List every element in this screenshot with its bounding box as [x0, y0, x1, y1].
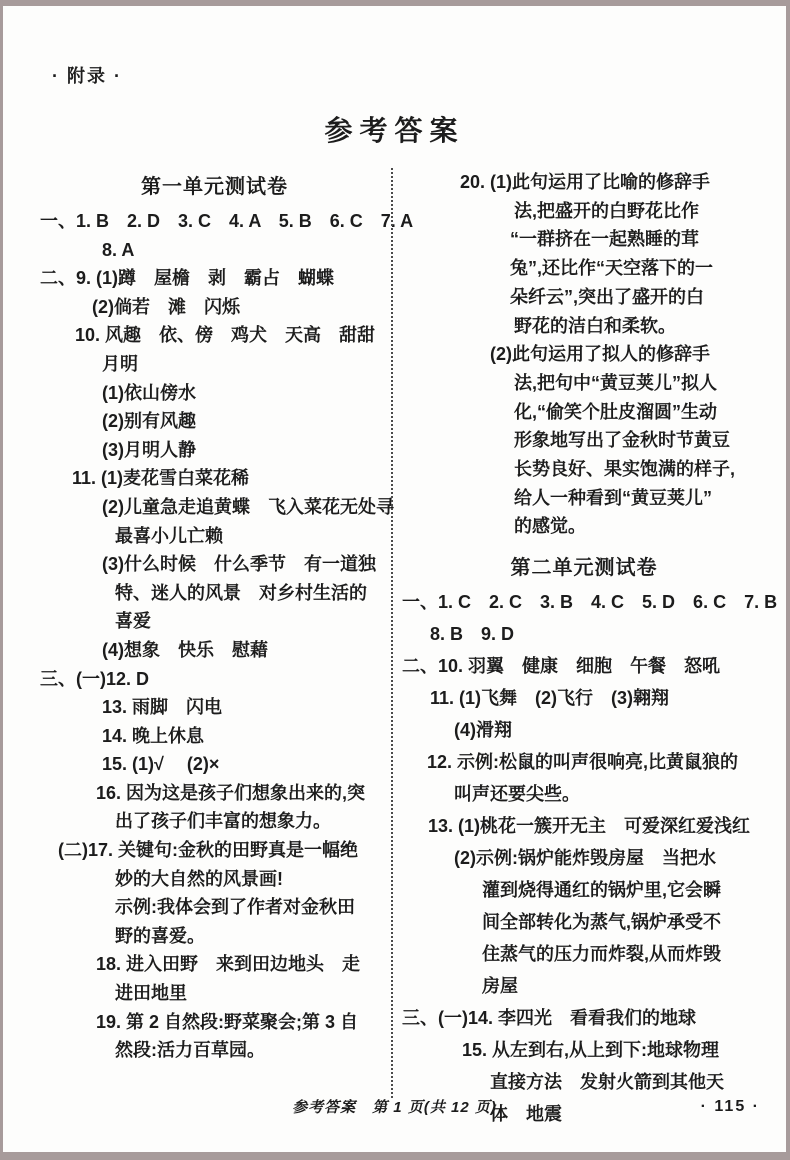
answer-line: 法,把盛开的白野花比作 — [402, 197, 766, 226]
answer-line: 住蒸气的压力而炸裂,从而炸毁 — [402, 938, 766, 970]
page-title: 参考答案 — [3, 109, 786, 149]
answer-line: (2)此句运用了拟人的修辞手 — [402, 340, 766, 369]
answer-line: (2)别有风趣 — [40, 407, 389, 436]
section-heading-unit1: 第一单元测试卷 — [40, 170, 389, 199]
answer-line: 叫声还要尖些。 — [402, 778, 766, 810]
answer-line: 8. B 9. D — [402, 618, 766, 650]
answer-line: 11. (1)麦花雪白菜花稀 — [40, 464, 389, 493]
answer-line: 最喜小儿亡赖 — [40, 522, 389, 551]
answer-line: 野花的洁白和柔软。 — [402, 312, 766, 341]
answer-line: 15. 从左到右,从上到下:地球物理 — [402, 1034, 766, 1066]
unit2-answers: 一、1. C 2. C 3. B 4. C 5. D 6. C 7. B8. B… — [402, 586, 766, 1130]
answer-line: (二)17. 关键句:金秋的田野真是一幅绝 — [40, 836, 389, 865]
answer-line: 一、1. B 2. D 3. C 4. A 5. B 6. C 7. A — [40, 207, 389, 236]
answer-line: 20. (1)此句运用了比喻的修辞手 — [402, 168, 766, 197]
answer-line: 灌到烧得通红的锅炉里,它会瞬 — [402, 874, 766, 906]
answer-line: 14. 晚上休息 — [40, 722, 389, 751]
answer-line: 二、9. (1)蹲 屋檐 剥 霸占 蝴蝶 — [40, 264, 389, 293]
answer-line: (2)倘若 滩 闪烁 — [40, 293, 389, 322]
answer-line: 一、1. C 2. C 3. B 4. C 5. D 6. C 7. B — [402, 586, 766, 618]
footer-page-info: 参考答案 第 1 页(共 12 页) — [3, 1096, 786, 1117]
answer-line: (4)想象 快乐 慰藉 — [40, 636, 389, 665]
answer-line: 妙的大自然的风景画! — [40, 865, 389, 894]
answer-line: 的感觉。 — [402, 512, 766, 541]
answer-line: 15. (1)√ (2)× — [40, 750, 389, 779]
answer-page: · 附录 · 参考答案 第一单元测试卷 一、1. B 2. D 3. C 4. … — [0, 0, 790, 1160]
answer-line: 示例:我体会到了作者对金秋田 — [40, 893, 389, 922]
answer-line: 13. (1)桃花一簇开无主 可爱深红爱浅红 — [402, 810, 766, 842]
answer-line: (2)示例:锅炉能炸毁房屋 当把水 — [402, 842, 766, 874]
answer-line: (3)什么时候 什么季节 有一道独 — [40, 550, 389, 579]
unit1-answers-continued: 20. (1)此句运用了比喻的修辞手法,把盛开的白野花比作“一群挤在一起熟睡的茸… — [402, 168, 766, 541]
answer-line: 朵纤云”,突出了盛开的白 — [402, 283, 766, 312]
answer-line: 给人一种看到“黄豆荚儿” — [402, 484, 766, 513]
answer-line: 兔”,还比作“天空落下的一 — [402, 254, 766, 283]
answer-line: 进田地里 — [40, 979, 389, 1008]
answer-line: 二、10. 羽翼 健康 细胞 午餐 怒吼 — [402, 650, 766, 682]
answer-line: 三、(一)14. 李四光 看看我们的地球 — [402, 1002, 766, 1034]
answer-line: 12. 示例:松鼠的叫声很响亮,比黄鼠狼的 — [402, 746, 766, 778]
answer-line: 月明 — [40, 350, 389, 379]
answer-line: 然段:活力百草园。 — [40, 1036, 389, 1065]
answer-line: 形象地写出了金秋时节黄豆 — [402, 426, 766, 455]
answer-line: 直接方法 发射火箭到其他天 — [402, 1066, 766, 1098]
answer-line: (4)滑翔 — [402, 714, 766, 746]
answer-line: 长势良好、果实饱满的样子, — [402, 455, 766, 484]
answer-line: 13. 雨脚 闪电 — [40, 693, 389, 722]
answer-line: 出了孩子们丰富的想象力。 — [40, 807, 389, 836]
answer-line: 喜爱 — [40, 607, 389, 636]
answer-line: 间全部转化为蒸气,锅炉承受不 — [402, 906, 766, 938]
footer-page-number: · 115 · — [701, 1098, 760, 1116]
answer-line: 法,把句中“黄豆荚儿”拟人 — [402, 369, 766, 398]
answer-line: 11. (1)飞舞 (2)飞行 (3)翱翔 — [402, 682, 766, 714]
answer-line: 房屋 — [402, 970, 766, 1002]
answer-line: 8. A — [40, 236, 389, 265]
left-column: 第一单元测试卷 一、1. B 2. D 3. C 4. A 5. B 6. C … — [40, 168, 389, 1130]
answer-line: 10. 风趣 依、傍 鸡犬 天高 甜甜 — [40, 321, 389, 350]
answer-line: 化,“偷笑个肚皮溜圆”生动 — [402, 398, 766, 427]
answer-columns: 第一单元测试卷 一、1. B 2. D 3. C 4. A 5. B 6. C … — [40, 168, 766, 1130]
answer-line: 三、(一)12. D — [40, 665, 389, 694]
answer-line: 16. 因为这是孩子们想象出来的,突 — [40, 779, 389, 808]
answer-line: (3)月明人静 — [40, 436, 389, 465]
answer-line: 19. 第 2 自然段:野菜聚会;第 3 自 — [40, 1008, 389, 1037]
answer-line: (1)依山傍水 — [40, 379, 389, 408]
answer-line: “一群挤在一起熟睡的茸 — [402, 225, 766, 254]
answer-line: 特、迷人的风景 对乡村生活的 — [40, 579, 389, 608]
unit1-answers: 一、1. B 2. D 3. C 4. A 5. B 6. C 7. A8. A… — [40, 207, 389, 1065]
right-column: 20. (1)此句运用了比喻的修辞手法,把盛开的白野花比作“一群挤在一起熟睡的茸… — [393, 168, 766, 1130]
answer-line: 野的喜爱。 — [40, 922, 389, 951]
section-heading-unit2: 第二单元测试卷 — [402, 551, 766, 580]
answer-line: (2)儿童急走追黄蝶 飞入菜花无处寻 — [40, 493, 389, 522]
answer-line: 18. 进入田野 来到田边地头 走 — [40, 950, 389, 979]
appendix-label: · 附录 · — [52, 62, 122, 88]
